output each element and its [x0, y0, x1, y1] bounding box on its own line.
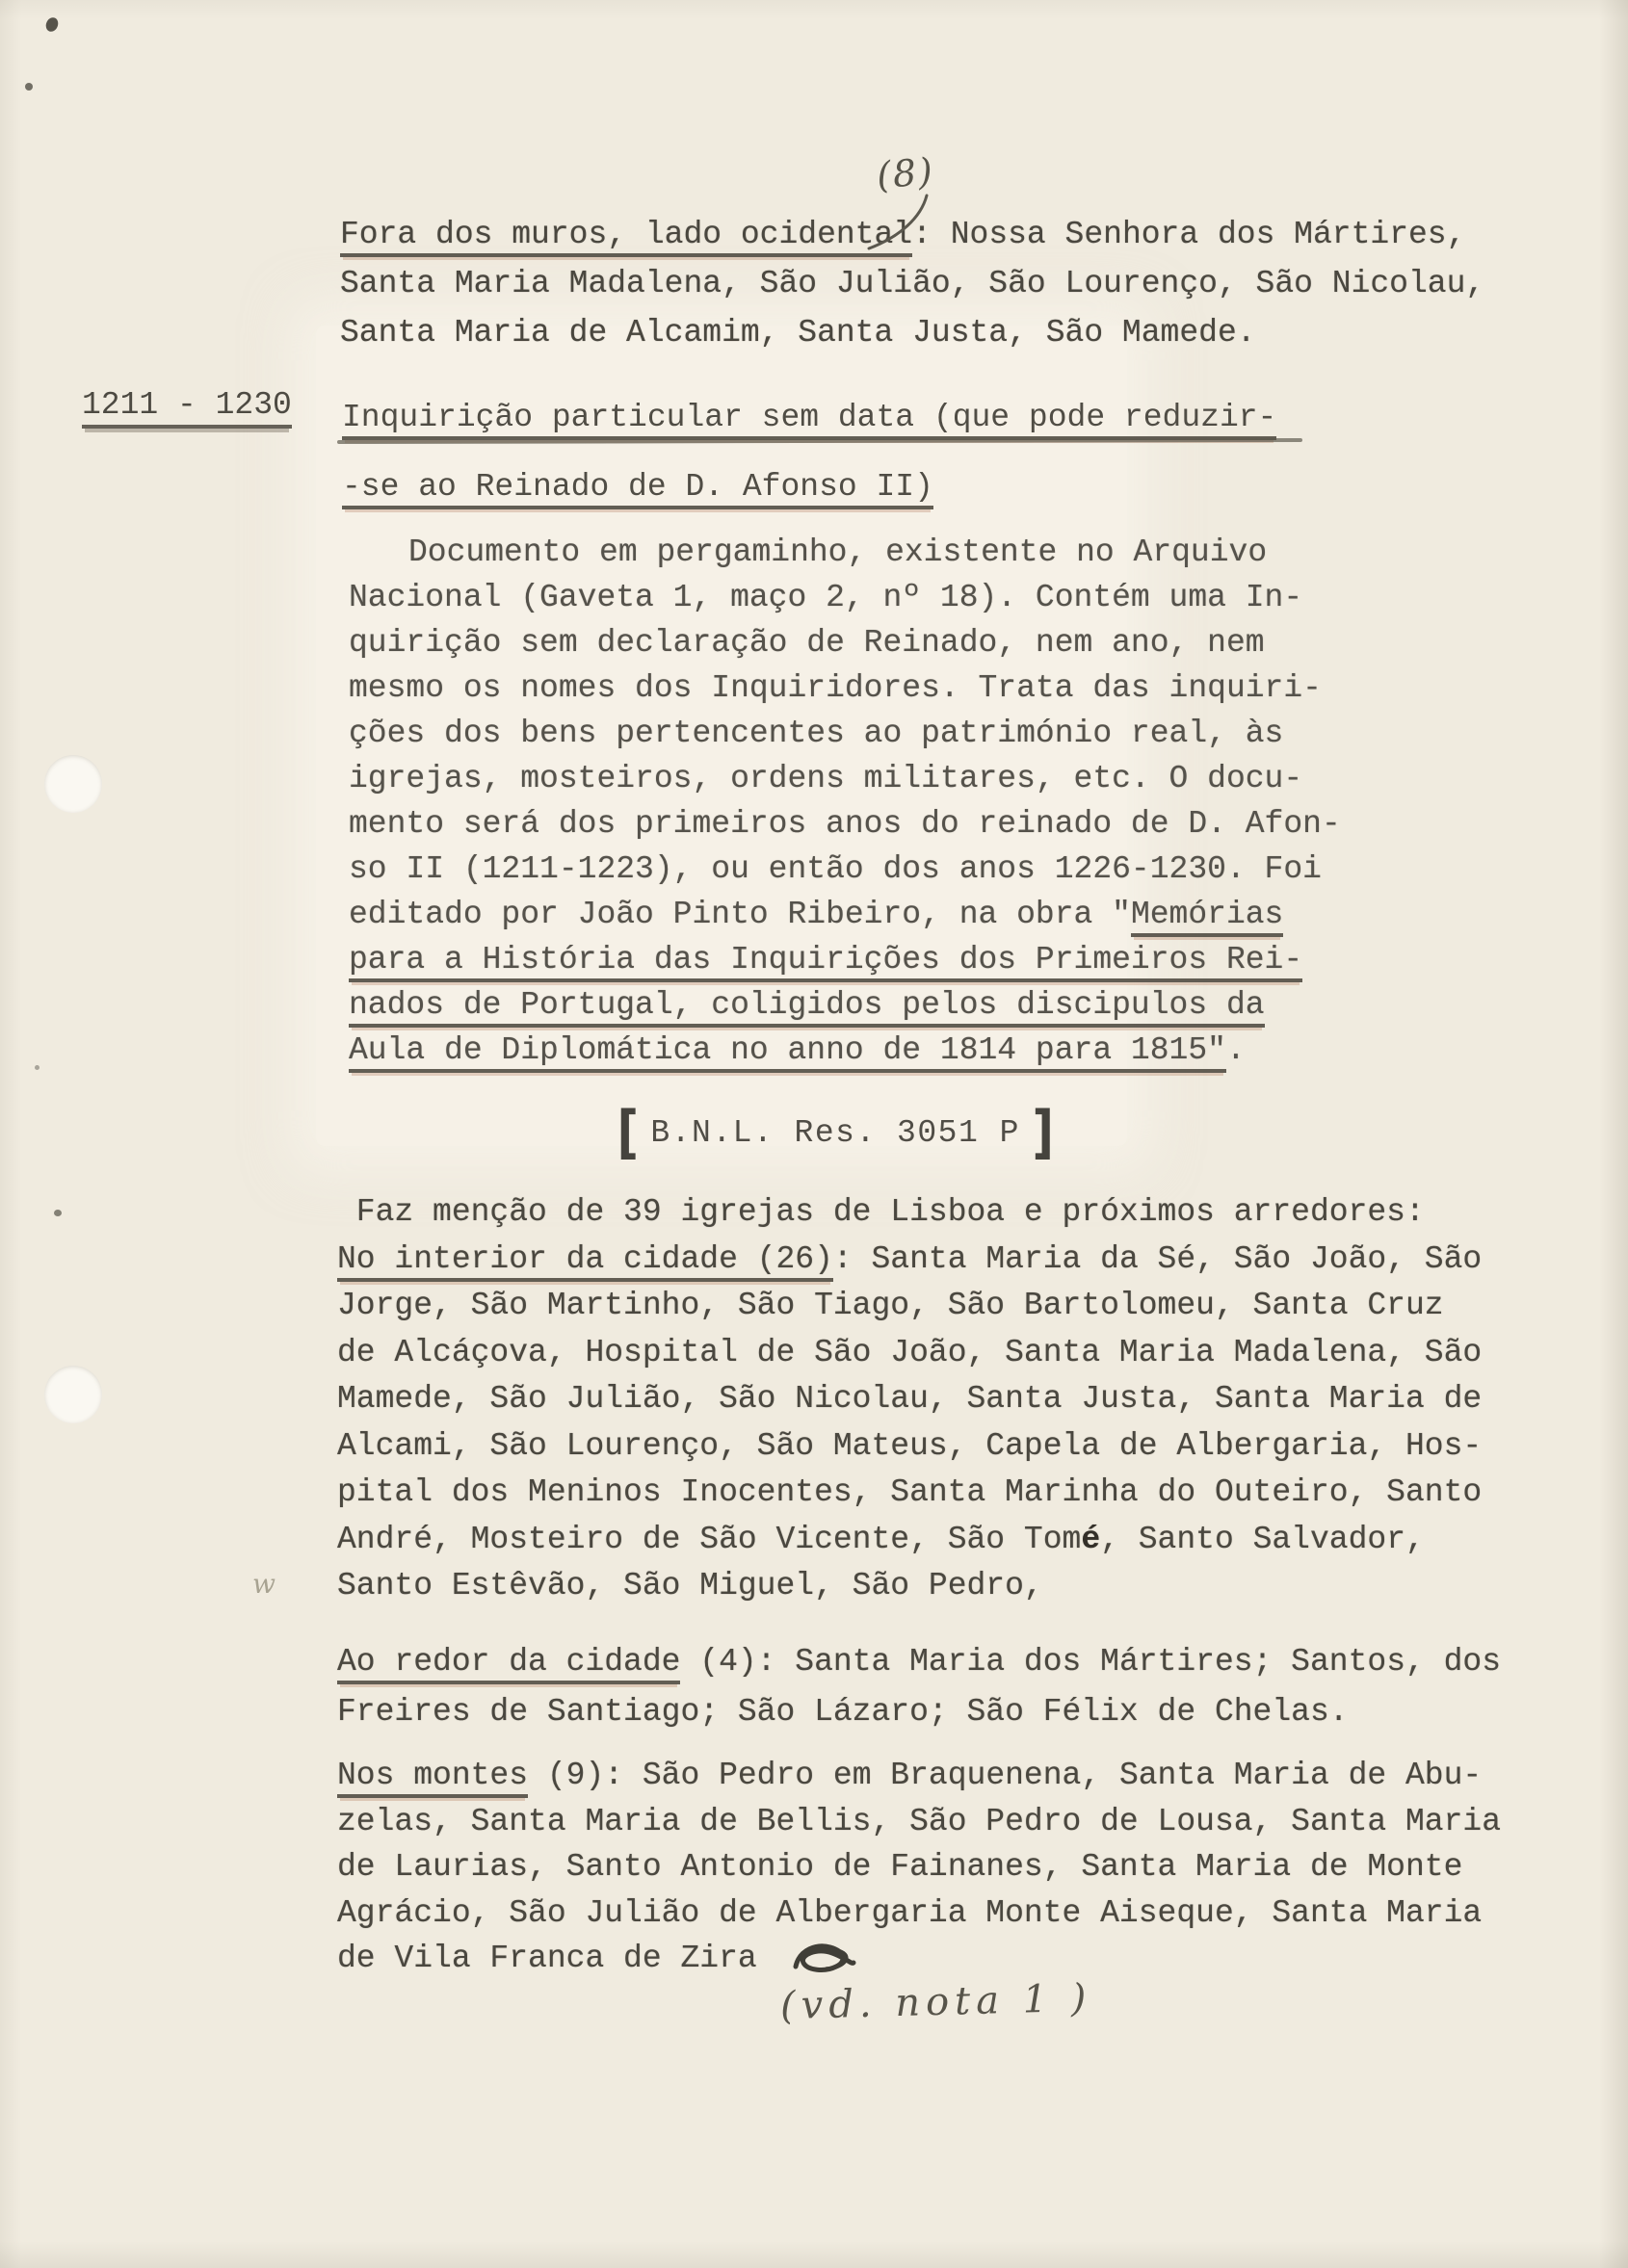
text-segment: igrejas, mosteiros, ordens militares, et… — [349, 761, 1302, 796]
text-segment: de Alcáçova, Hospital de São João, Santa… — [337, 1335, 1482, 1370]
text-segment: Documento em pergaminho, existente no Ar… — [408, 534, 1267, 570]
text-segment: de Laurias, Santo Antonio de Fainanes, S… — [337, 1849, 1462, 1885]
text-line: Santa Maria de Alcamim, Santa Justa, São… — [340, 308, 1484, 357]
text-line: zelas, Santa Maria de Bellis, São Pedro … — [337, 1799, 1501, 1845]
text-segment: : Santa Maria da Sé, São João, São — [833, 1241, 1482, 1277]
text-line: para a História das Inquirições dos Prim… — [349, 937, 1341, 982]
underlined-text-segment: -se ao Reinado de D. Afonso II) — [342, 469, 933, 509]
text-line: Alcami, São Lourenço, São Mateus, Capela… — [337, 1423, 1482, 1471]
text-line: de Alcáçova, Hospital de São João, Santa… — [337, 1330, 1482, 1377]
text-line: Freires de Santiago; São Lázaro; São Fél… — [337, 1687, 1501, 1737]
pencil-w-mark: w — [252, 1568, 276, 1600]
text-segment: zelas, Santa Maria de Bellis, São Pedro … — [337, 1804, 1501, 1839]
underlined-text-segment: para a História das Inquirições dos Prim… — [349, 942, 1302, 982]
paper-speck — [43, 15, 60, 34]
underlined-text-segment: Nos montes — [337, 1758, 528, 1798]
punch-hole — [44, 1366, 102, 1423]
handwritten-note: (vd. nota 1 ) — [779, 1976, 1092, 2028]
underlined-text-segment: Aula de Diplomática no anno de 1814 para… — [349, 1032, 1226, 1073]
text-line: editado por João Pinto Ribeiro, na obra … — [349, 892, 1341, 937]
left-bracket: [ — [617, 1104, 638, 1161]
punch-hole — [44, 755, 102, 813]
paragraph-churches-around-city: Ao redor da cidade (4): Santa Maria dos … — [337, 1637, 1501, 1737]
text-line: mesmo os nomes dos Inquiridores. Trata d… — [349, 665, 1341, 711]
text-line: Ao redor da cidade (4): Santa Maria dos … — [337, 1637, 1501, 1687]
text-line: Santo Estêvão, São Miguel, São Pedro, — [337, 1563, 1482, 1610]
text-line: Santa Maria Madalena, São Julião, São Lo… — [340, 259, 1484, 308]
text-segment: : Nossa Senhora dos Mártires, — [912, 217, 1465, 252]
text-segment: Jorge, São Martinho, São Tiago, São Bart… — [337, 1288, 1444, 1323]
text-segment: , Santo Salvador, — [1100, 1522, 1425, 1557]
paragraph-churches-hills: Nos montes (9): São Pedro em Braquenena,… — [337, 1753, 1501, 1982]
text-line: nados de Portugal, coligidos pelos disci… — [349, 982, 1341, 1028]
text-line: Jorge, São Martinho, São Tiago, São Bart… — [337, 1283, 1482, 1330]
text-segment: mesmo os nomes dos Inquiridores. Trata d… — [349, 670, 1322, 706]
ink-scribble-blot — [790, 1940, 859, 1980]
text-segment: . — [1226, 1032, 1246, 1068]
text-segment: quirição sem declaração de Reinado, nem … — [349, 625, 1265, 661]
text-segment: mento será dos primeiros anos do reinado… — [349, 806, 1341, 842]
call-number-text: B.N.L. Res. 3051 P — [641, 1115, 1029, 1151]
text-segment: Freires de Santiago; São Lázaro; São Fél… — [337, 1694, 1349, 1730]
text-line: mento será dos primeiros anos do reinado… — [349, 801, 1341, 847]
handwritten-page-number: (8) — [875, 149, 935, 196]
text-line: de Laurias, Santo Antonio de Fainanes, S… — [337, 1844, 1501, 1890]
margin-date: 1211 - 1230 — [82, 387, 292, 429]
text-line: Aula de Diplomática no anno de 1814 para… — [349, 1028, 1341, 1073]
text-segment: ções dos bens pertencentes ao património… — [349, 716, 1283, 751]
text-line: ções dos bens pertencentes ao património… — [349, 711, 1341, 756]
underlined-text-segment: No interior da cidade (26) — [337, 1241, 833, 1282]
entry-heading: Inquirição particular sem data (que pode… — [342, 383, 1276, 522]
underlined-text-segment: Ao redor da cidade — [337, 1644, 680, 1684]
underlined-text-segment: nados de Portugal, coligidos pelos disci… — [349, 987, 1265, 1028]
text-segment: Nacional (Gaveta 1, maço 2, nº 18). Cont… — [349, 580, 1302, 615]
text-line: de Vila Franca de Zira — [337, 1936, 1501, 1982]
text-segment: de Vila Franca de Zira — [337, 1941, 757, 1976]
text-line: Nacional (Gaveta 1, maço 2, nº 18). Cont… — [349, 575, 1341, 620]
scanned-typewritten-page: (8) Fora dos muros, lado ocidental: Noss… — [0, 0, 1628, 2268]
text-line: Agrácio, São Julião de Albergaria Monte … — [337, 1890, 1501, 1937]
text-segment: Santo Estêvão, São Miguel, São Pedro, — [337, 1568, 1043, 1603]
text-line: quirição sem declaração de Reinado, nem … — [349, 620, 1341, 665]
text-line: Faz menção de 39 igrejas de Lisboa e pró… — [337, 1189, 1482, 1237]
text-segment: é — [1081, 1522, 1100, 1557]
text-segment: pital dos Meninos Inocentes, Santa Marin… — [337, 1474, 1482, 1510]
text-line: No interior da cidade (26): Santa Maria … — [337, 1237, 1482, 1284]
text-segment: so II (1211-1223), ou então dos anos 122… — [349, 851, 1322, 887]
paragraph-churches-inside-city: Faz menção de 39 igrejas de Lisboa e pró… — [337, 1189, 1482, 1610]
paper-speck — [54, 1210, 62, 1216]
text-line: so II (1211-1223), ou então dos anos 122… — [349, 847, 1341, 892]
paper-speck — [25, 83, 33, 91]
reference-call-number: [ B.N.L. Res. 3051 P ] — [615, 1104, 1056, 1161]
text-segment: (9): São Pedro em Braquenena, Santa Mari… — [528, 1758, 1482, 1793]
underlined-text-segment: Memórias — [1131, 897, 1283, 937]
text-line: André, Mosteiro de São Vicente, São Tomé… — [337, 1517, 1482, 1564]
text-line: igrejas, mosteiros, ordens militares, et… — [349, 756, 1341, 801]
text-line: Documento em pergaminho, existente no Ar… — [349, 530, 1341, 575]
text-segment: Santa Maria de Alcamim, Santa Justa, São… — [340, 315, 1256, 351]
entry-body-paragraph: Documento em pergaminho, existente no Ar… — [349, 530, 1341, 1073]
handwritten-stroke-icon — [863, 193, 942, 254]
text-segment: Mamede, São Julião, São Nicolau, Santa J… — [337, 1381, 1482, 1417]
paper-speck — [35, 1065, 39, 1070]
right-bracket: ] — [1032, 1104, 1053, 1161]
text-segment: (4): Santa Maria dos Mártires; Santos, d… — [680, 1644, 1501, 1680]
text-line: Mamede, São Julião, São Nicolau, Santa J… — [337, 1376, 1482, 1423]
underlined-text-segment: Fora dos muros, lado ocidental — [340, 217, 912, 257]
text-segment: editado por João Pinto Ribeiro, na obra … — [349, 897, 1131, 932]
underlined-text-segment: Inquirição particular sem data (que pode… — [342, 400, 1276, 440]
text-line: -se ao Reinado de D. Afonso II) — [342, 453, 1276, 522]
text-segment: Santa Maria Madalena, São Julião, São Lo… — [340, 266, 1484, 301]
text-line: pital dos Meninos Inocentes, Santa Marin… — [337, 1470, 1482, 1517]
text-segment: Agrácio, São Julião de Albergaria Monte … — [337, 1895, 1482, 1931]
text-segment: Alcami, São Lourenço, São Mateus, Capela… — [337, 1428, 1482, 1464]
text-segment: André, Mosteiro de São Vicente, São Tom — [337, 1522, 1081, 1557]
text-line: Nos montes (9): São Pedro em Braquenena,… — [337, 1753, 1501, 1799]
text-segment: Faz menção de 39 igrejas de Lisboa e pró… — [337, 1194, 1425, 1230]
